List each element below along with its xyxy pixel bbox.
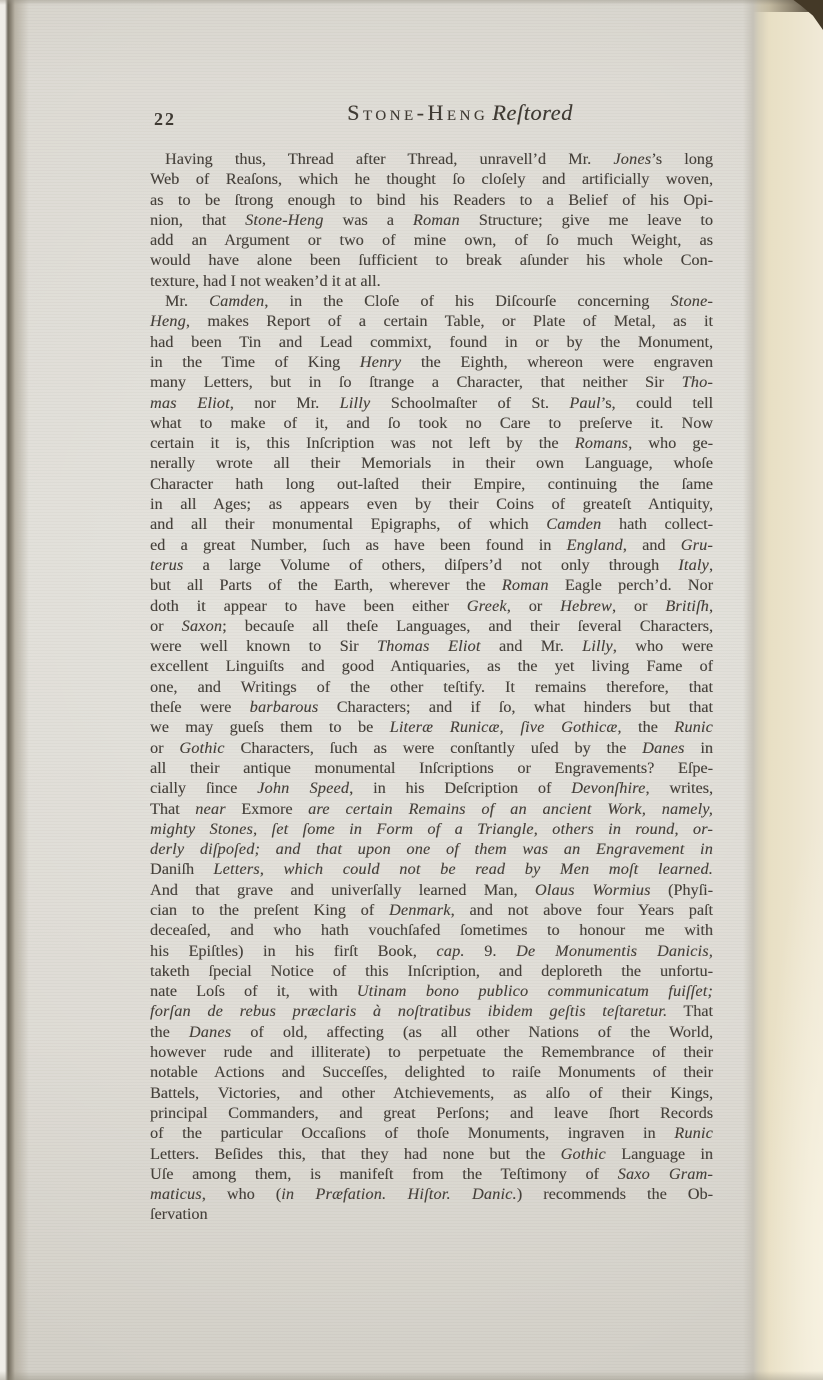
text-line: were well known to Sir Thomas Eliot and … (150, 636, 713, 656)
page-left-edge (0, 0, 30, 1380)
text-line: nate Loſs of it, with Utinam bono public… (150, 981, 713, 1001)
text-line: what to make of it, and ſo took no Care … (150, 413, 713, 433)
text-line: deceaſed, and who hath vouchſafed ſometi… (150, 920, 713, 940)
running-header: 22 Stone-Heng Reſtored (150, 100, 712, 134)
text-line: many Letters, but in ſo ſtrange a Charac… (150, 372, 713, 392)
text-line: add an Argument or two of mine own, of ſ… (150, 230, 713, 250)
text-line: excellent Linguiſts and good Antiquaries… (150, 656, 713, 676)
text-line: one, and Writings of the other teſtify. … (150, 677, 713, 697)
text-line: notable Actions and Succeſſes, delighted… (150, 1062, 713, 1082)
text-line: and all their monumental Epigraphs, of w… (150, 514, 713, 534)
text-block: Having thus, Thread after Thread, unrave… (150, 149, 713, 1225)
text-line: cian to the preſent King of Denmark, and… (150, 900, 713, 920)
text-line: mighty Stones, ſet ſome in Form of a Tri… (150, 819, 713, 839)
text-line: however rude and illiterate) to perpetua… (150, 1042, 713, 1062)
page-fore-edge (743, 0, 823, 1380)
text-line: had been Tin and Lead commixt, found in … (150, 332, 713, 352)
text-line: mas Eliot, nor Mr. Lilly Schoolmaſter of… (150, 393, 713, 413)
text-line: And that grave and univerſally learned M… (150, 880, 713, 900)
text-line: nion, that Stone-Heng was a Roman Struct… (150, 210, 713, 230)
text-line: Daniſh Letters, which could not be read … (150, 859, 713, 879)
text-line: Mr. Camden, in the Cloſe of his Diſcourſ… (150, 291, 713, 311)
text-line: doth it appear to have been either Greek… (150, 596, 713, 616)
text-line: Uſe among them, is manifeſt from the Teſ… (150, 1164, 713, 1184)
text-line: texture, had I not weaken’d it at all. (150, 271, 713, 291)
text-line: Battels, Victories, and other Atchieveme… (150, 1083, 713, 1103)
text-line: That near Exmore are certain Remains of … (150, 799, 713, 819)
text-line: maticus, who (in Præfation. Hiſtor. Dani… (150, 1184, 713, 1204)
running-title: Stone-Heng Reſtored (150, 100, 712, 126)
text-line: the Danes of old, affecting (as all othe… (150, 1022, 713, 1042)
text-line: Web of Reaſons, which he thought ſo cloſ… (150, 169, 713, 189)
paragraph: Having thus, Thread after Thread, unrave… (150, 149, 713, 291)
text-line: or Saxon; becauſe all theſe Languages, a… (150, 616, 713, 636)
text-line: Letters. Beſides this, that they had non… (150, 1144, 713, 1164)
paragraph: Mr. Camden, in the Cloſe of his Diſcourſ… (150, 291, 713, 1204)
text-line: ed a great Number, ſuch as have been fou… (150, 535, 713, 555)
text-line: forſan de rebus præclaris à noſtratibus … (150, 1001, 713, 1021)
text-line: as to be ſtrong enough to bind his Reade… (150, 190, 713, 210)
page-number: 22 (154, 109, 176, 130)
text-line: Character hath long out-laſted their Emp… (150, 474, 713, 494)
text-line: principal Commanders, and great Perſons;… (150, 1103, 713, 1123)
book-page-scan: 22 Stone-Heng Reſtored Having thus, Thre… (0, 0, 823, 1380)
page-top-edge (0, 0, 823, 5)
catchword: ſervation (150, 1204, 713, 1224)
text-line: all their antique monumental Inſcription… (150, 758, 713, 778)
text-line: Heng, makes Report of a certain Table, o… (150, 311, 713, 331)
text-line: cially ſince John Speed, in his Deſcript… (150, 778, 713, 798)
page-bottom-edge (0, 1371, 823, 1380)
text-line: theſe were barbarous Characters; and if … (150, 697, 713, 717)
text-line: nerally wrote all their Memorials in the… (150, 453, 713, 473)
text-line: but all Parts of the Earth, wherever the… (150, 575, 713, 595)
text-line: taketh ſpecial Notice of this Inſcriptio… (150, 961, 713, 981)
text-line: derly diſpoſed; and that upon one of the… (150, 839, 713, 859)
text-line: terus a large Volume of others, diſpers’… (150, 555, 713, 575)
text-line: Having thus, Thread after Thread, unrave… (150, 149, 713, 169)
text-line: would have alone been ſufficient to brea… (150, 250, 713, 270)
text-line: in all Ages; as appears even by their Co… (150, 494, 713, 514)
text-line: we may gueſs them to be Literæ Runicæ, ſ… (150, 717, 713, 737)
text-line: or Gothic Characters, ſuch as were conſt… (150, 738, 713, 758)
text-line: certain it is, this Inſcription was not … (150, 433, 713, 453)
text-line: in the Time of King Henry the Eighth, wh… (150, 352, 713, 372)
text-line: of the particular Occaſions of thoſe Mon… (150, 1123, 713, 1143)
running-title-caps: Stone-Heng (347, 100, 488, 125)
text-line: his Epiſtles) in his firſt Book, cap. 9.… (150, 941, 713, 961)
running-title-italic: Reſtored (492, 100, 573, 125)
